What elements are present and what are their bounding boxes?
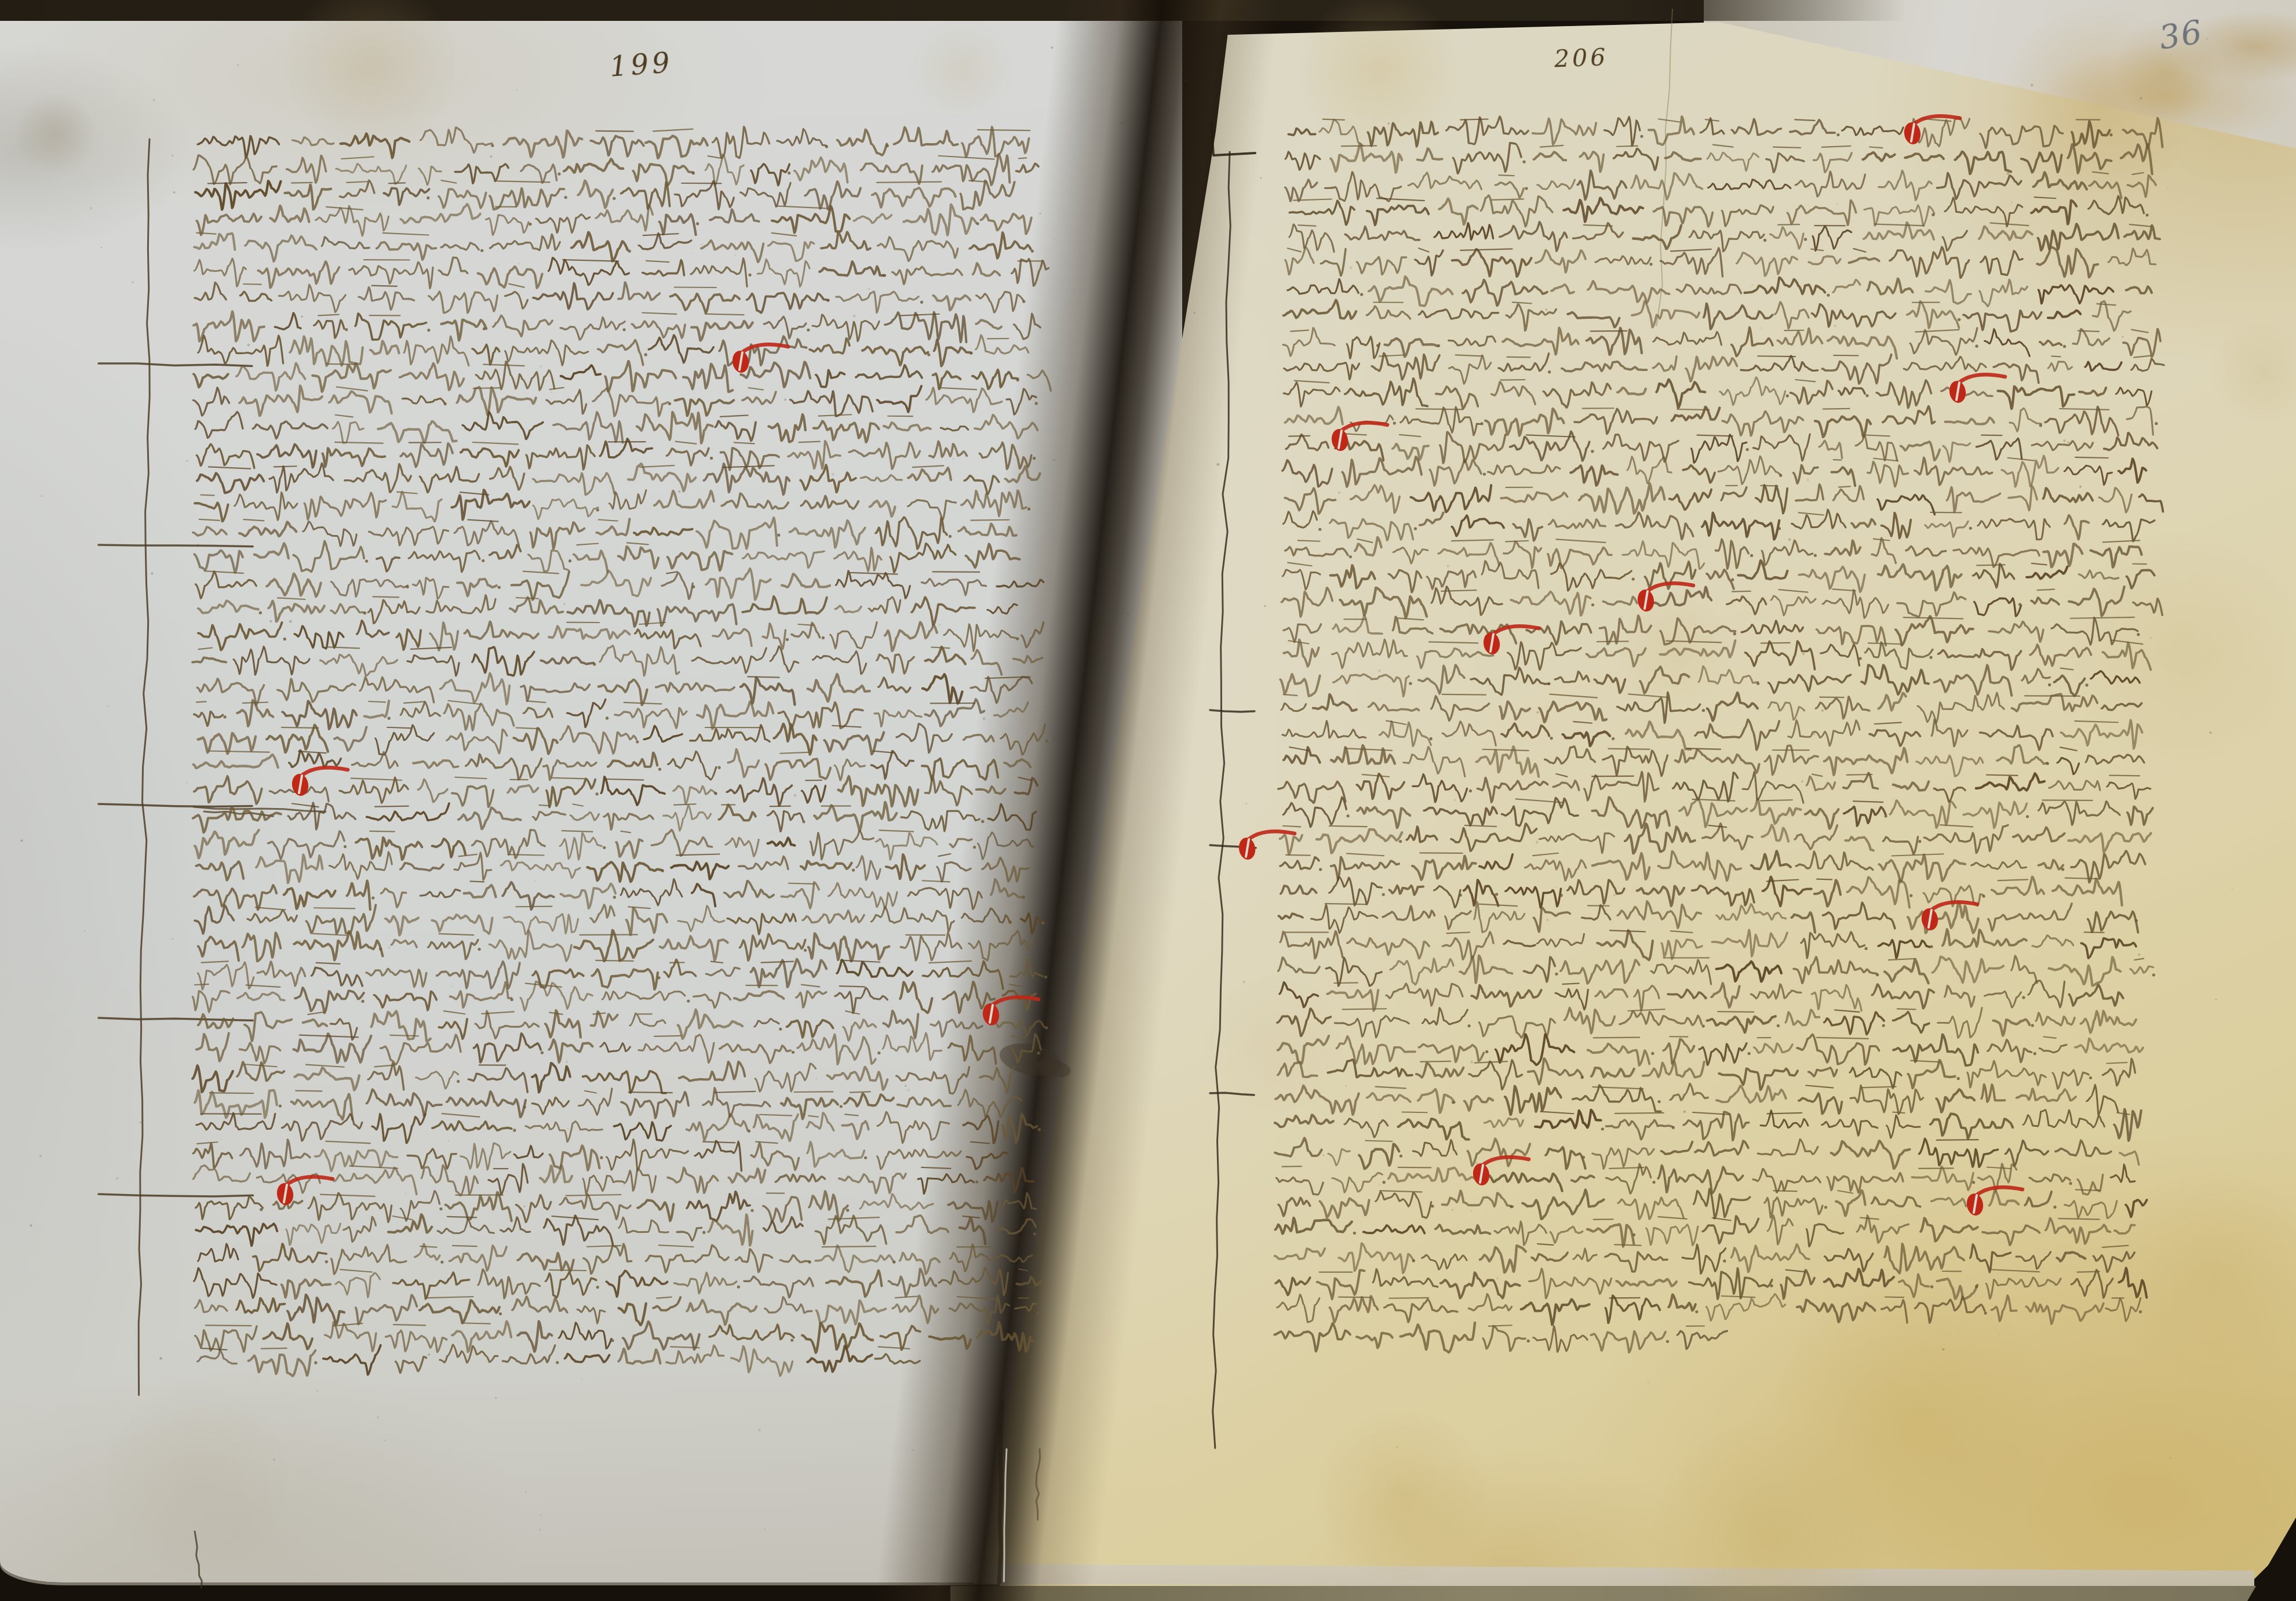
corner-leaf-number: 36: [2156, 13, 2206, 57]
folio-number-right: 206: [1554, 43, 1609, 72]
handwriting-canvas: [0, 0, 2296, 1601]
manuscript-photo: 199 206 36: [0, 0, 2296, 1601]
folio-number-left: 199: [608, 46, 674, 83]
